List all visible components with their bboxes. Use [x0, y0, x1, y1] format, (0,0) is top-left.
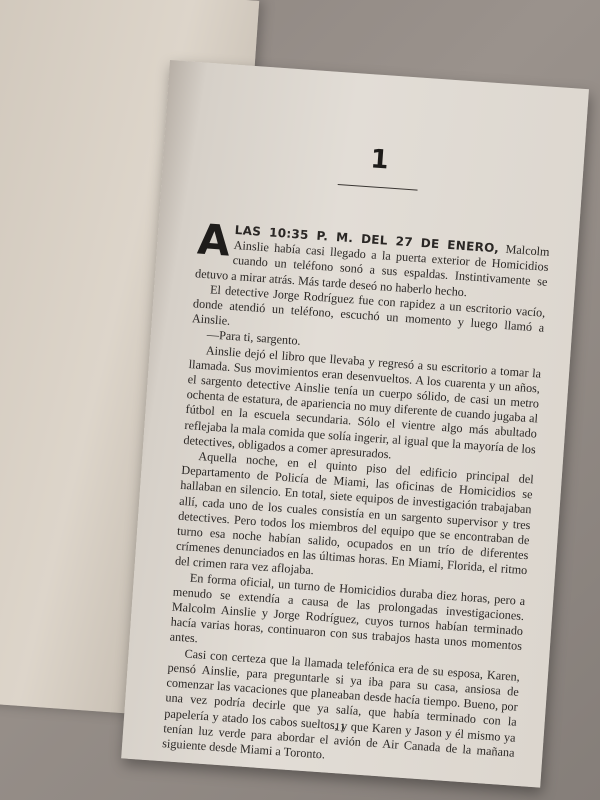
- page-content: 1 ALAS 10:35 P. M. DEL 27 DE ENERO, Malc…: [161, 63, 561, 786]
- paragraph: Aquella noche, en el quinto piso del edi…: [174, 448, 534, 594]
- body-text: ALAS 10:35 P. M. DEL 27 DE ENERO, Malcol…: [162, 220, 550, 775]
- book-page: 1 ALAS 10:35 P. M. DEL 27 DE ENERO, Malc…: [121, 60, 589, 788]
- chapter-rule: [338, 184, 418, 191]
- drop-cap: A: [196, 222, 231, 258]
- chapter-number: 1: [203, 133, 556, 187]
